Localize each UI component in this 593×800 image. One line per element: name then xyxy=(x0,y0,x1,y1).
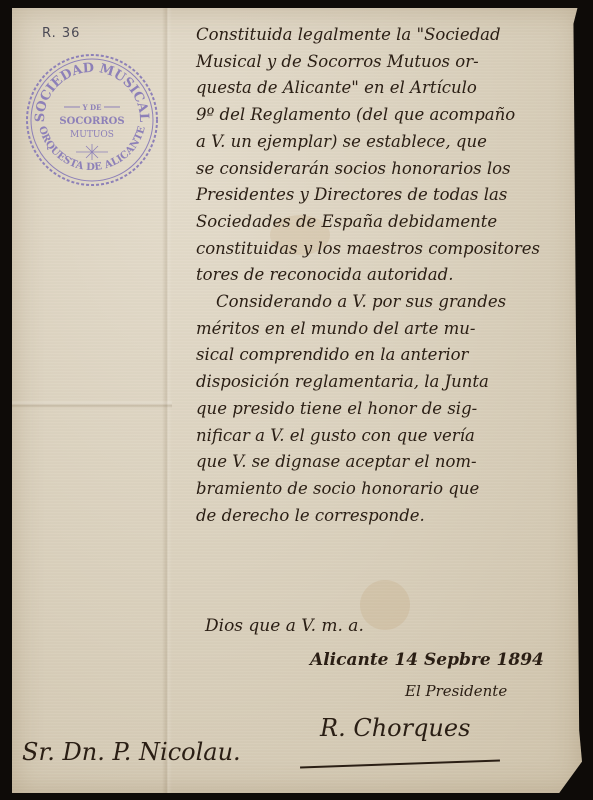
horizontal-fold xyxy=(12,400,172,408)
signature: R. Chorques xyxy=(320,714,470,742)
addressee: Sr. Dn. P. Nicolau. xyxy=(22,738,241,766)
body-line: Considerando a V. por sus grandes xyxy=(196,289,576,316)
body-line: Musical y de Socorros Mutuos or- xyxy=(196,49,576,76)
body-line: bramiento de socio honorario que xyxy=(196,476,576,503)
place-date: Alicante 14 Sepbre 1894 xyxy=(310,650,544,670)
salutation: Dios que a V. m. a. xyxy=(205,616,364,636)
stamp-seal-icon: SOCIEDAD MUSICAL ORQUESTA DE ALICANTE Y … xyxy=(24,52,160,188)
body-line: 9º del Reglamento (del que acompaño xyxy=(196,102,576,129)
body-line: Sociedades de España debidamente xyxy=(196,209,576,236)
body-line: tores de reconocida autoridad. xyxy=(196,262,576,289)
signatory-title: El Presidente xyxy=(405,682,507,700)
paper-stain xyxy=(360,580,410,630)
body-line: Presidentes y Directores de todas las xyxy=(196,182,576,209)
body-line: sical comprendido en la anterior xyxy=(196,342,576,369)
body-line: méritos en el mundo del arte mu- xyxy=(196,316,576,343)
body-line: disposición reglamentaria, la Junta xyxy=(196,369,576,396)
body-line: se considerarán socios honorarios los xyxy=(196,156,576,183)
body-line: questa de Alicante" en el Artículo xyxy=(196,75,576,102)
body-line: Constituida legalmente la "Sociedad xyxy=(196,22,576,49)
svg-text:Y DE: Y DE xyxy=(82,103,102,112)
letter-body: Constituida legalmente la "Sociedad Musi… xyxy=(196,22,576,529)
body-line: que V. se dignase aceptar el nom- xyxy=(196,449,576,476)
svg-text:SOCORROS: SOCORROS xyxy=(59,116,124,127)
body-line: nificar a V. el gusto con que vería xyxy=(196,423,576,450)
body-line: a V. un ejemplar) se establece, que xyxy=(196,129,576,156)
society-stamp: SOCIEDAD MUSICAL ORQUESTA DE ALICANTE Y … xyxy=(24,52,160,188)
body-line: constituidas y los maestros compositores xyxy=(196,236,576,263)
body-line: de derecho le corresponde. xyxy=(196,503,576,530)
body-line: que presido tiene el honor de sig- xyxy=(196,396,576,423)
archive-reference: R. 36 xyxy=(42,26,80,41)
svg-text:MUTUOS: MUTUOS xyxy=(70,130,114,140)
